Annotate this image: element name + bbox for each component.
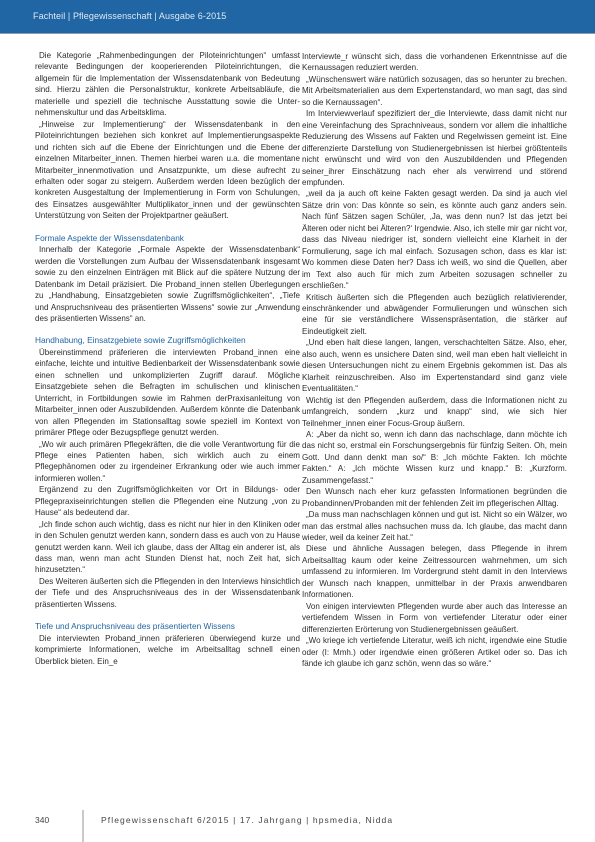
quote-paragraph: „Wo wir auch primären Pflegekräften, die… — [35, 439, 300, 485]
paragraph: Kritisch äußerten sich die Pflegenden au… — [302, 292, 567, 338]
paragraph: Übereinstimmend präferieren die intervie… — [35, 347, 300, 439]
section-heading-handhabung: Handhabung, Einsatzgebiete sowie Zugriff… — [35, 335, 300, 346]
header-bar: Fachteil | Pflegewissenschaft | Ausgabe … — [0, 0, 595, 34]
running-title: Fachteil | Pflegewissenschaft | Ausgabe … — [33, 11, 226, 21]
page-footer: 340 Pflegewissenschaft 6/2015 | 17. Jahr… — [0, 810, 595, 842]
section-heading-tiefe: Tiefe und Anspruchsniveau des präsentier… — [35, 621, 300, 632]
quote-paragraph: „Wünschenswert wäre natürlich sozusagen,… — [302, 74, 567, 108]
paragraph: Interviewte_r wünscht sich, dass die vor… — [302, 51, 567, 74]
left-column: Die Kategorie „Rahmenbedingungen der Pil… — [35, 50, 300, 667]
quote-paragraph: „Da muss man nachschlagen können und gut… — [302, 509, 567, 543]
paragraph: Innerhalb der Kategorie „Formale Aspekte… — [35, 244, 300, 324]
quote-paragraph: „Und eben halt diese langen, langen, ver… — [302, 337, 567, 394]
publication-info: Pflegewissenschaft 6/2015 | 17. Jahrgang… — [101, 815, 393, 825]
paragraph: Diese und ähnliche Aussagen belegen, das… — [302, 543, 567, 600]
paragraph: Ergänzend zu den Zugriffsmöglichkeiten v… — [35, 484, 300, 518]
paragraph: Den Wunsch nach eher kurz gefassten Info… — [302, 486, 567, 509]
quote-paragraph: „weil da ja auch oft keine Fakten gesagt… — [302, 188, 567, 291]
quote-paragraph: A: „Aber da nicht so, wenn ich dann das … — [302, 429, 567, 486]
page-number: 340 — [35, 815, 49, 825]
right-column: Interviewte_r wünscht sich, dass die vor… — [302, 51, 567, 669]
paragraph: Wichtig ist den Pflegenden außerdem, das… — [302, 395, 567, 429]
quote-paragraph: „Ich finde schon auch wichtig, dass es n… — [35, 519, 300, 576]
section-heading-formale-aspekte: Formale Aspekte der Wissensdatenbank — [35, 233, 300, 244]
paragraph: „Hinweise zur Implementierung“ der Wisse… — [35, 119, 300, 222]
paragraph: Des Weiteren äußerten sich die Pflegende… — [35, 576, 300, 610]
quote-paragraph: „Wo kriege ich vertiefende Literatur, we… — [302, 635, 567, 669]
footer-divider — [82, 810, 84, 842]
paragraph: Von einigen interviewten Pflegenden wurd… — [302, 601, 567, 635]
paragraph: Die Kategorie „Rahmenbedingungen der Pil… — [35, 50, 300, 119]
paragraph: Im Interviewverlauf spezifiziert der_die… — [302, 108, 567, 188]
paragraph: Die interviewten Proband_innen präferier… — [35, 633, 300, 667]
